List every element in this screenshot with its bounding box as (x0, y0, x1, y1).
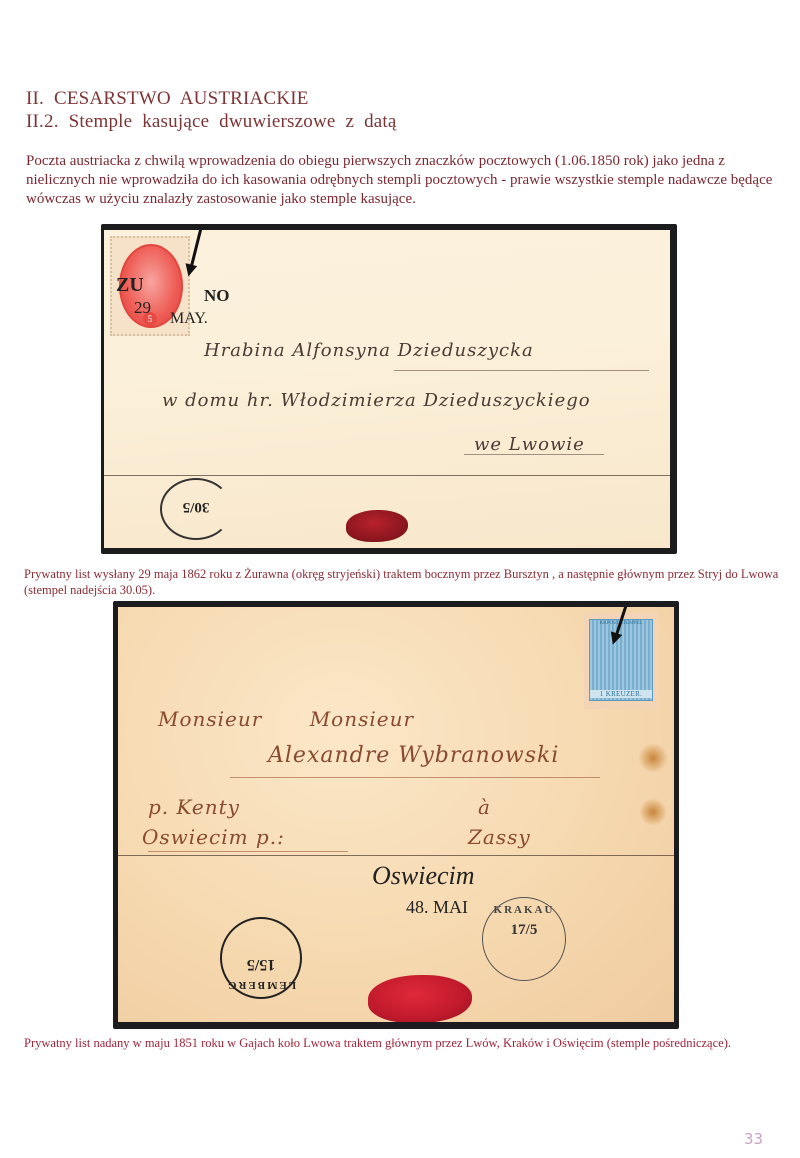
stamp-inscription: KREUZER. (606, 690, 642, 698)
subsection-heading: II.2. Stemple kasujące dwuwierszowe z da… (26, 111, 397, 133)
address-underline (230, 777, 600, 778)
postmark-place: KRAKAU (483, 898, 565, 916)
stamp-coat-of-arms: KKPOST-STEMPEL 1 KREUZER. (589, 619, 653, 701)
fold-line (104, 475, 670, 476)
cover-1851-gaje: KKPOST-STEMPEL 1 KREUZER. Monsieur Monsi… (118, 607, 674, 1022)
foxing-stain (638, 743, 668, 773)
stamp-value-label: 1 KREUZER. (590, 690, 652, 698)
address-line-2: w domu hr. Włodzimierza Dzieduszyckiego (162, 390, 591, 411)
blue-1-kreuzer-stamp: KKPOST-STEMPEL 1 KREUZER. (584, 613, 658, 709)
cover-1-caption: Prywatny list wysłany 29 maja 1862 roku … (24, 566, 784, 598)
postmark-date: 30/5 (183, 499, 210, 515)
foxing-stain (640, 797, 666, 827)
address-line-2: Alexandre Wybranowski (268, 743, 559, 768)
cancel-text-line1-end: NO (204, 286, 230, 306)
address-line-3: we Lwowie (474, 434, 585, 455)
postmark-date: 15/5 (222, 955, 300, 979)
address-line-4: Oswiecim p.: (142, 825, 285, 849)
oswiecim-postmark-line1: Oswiecim (372, 861, 475, 891)
page-number: 33 (744, 1130, 763, 1148)
krakau-transit-postmark: KRAKAU 17/5 (482, 897, 566, 981)
section-heading: II. CESARSTWO AUSTRIACKIE (26, 88, 309, 110)
address-underline (464, 454, 604, 455)
address-line-5: à (478, 795, 491, 819)
arrow-pointer-icon (189, 230, 203, 269)
postmark-place: LEMBERG (222, 979, 300, 997)
address-line-3: p. Kenty (148, 795, 240, 819)
cancel-text-line2: 29 (134, 298, 151, 318)
address-line-1: Hrabina Alfonsyna Dzieduszycka (204, 340, 534, 361)
oswiecim-postmark-line2: 48. MAI (406, 897, 468, 918)
intro-paragraph: Poczta austriacka z chwilą wprowadzenia … (26, 152, 786, 209)
cover-2-caption: Prywatny list nadany w maju 1851 roku w … (24, 1035, 784, 1051)
cover-1862-zurawno: 5 ZU NO 29 MAY. Hrabina Alfonsyna Dziedu… (104, 230, 670, 548)
fold-line (118, 855, 674, 856)
lemberg-transit-postmark: LEMBERG 15/5 (220, 917, 302, 999)
wax-seal (368, 975, 472, 1022)
address-underline (394, 370, 649, 371)
cancel-text-line2-end: MAY. (170, 310, 208, 328)
lemberg-arrival-postmark: 30/5 (160, 478, 232, 540)
stamp-value: 1 (600, 690, 604, 698)
postmark-date: 17/5 (483, 916, 565, 939)
wax-seal (346, 510, 408, 542)
address-underline (148, 851, 348, 852)
cancel-text-line1: ZU (116, 274, 144, 297)
address-line-1: Monsieur Monsieur (158, 707, 414, 731)
address-line-6: Zassy (468, 825, 531, 849)
